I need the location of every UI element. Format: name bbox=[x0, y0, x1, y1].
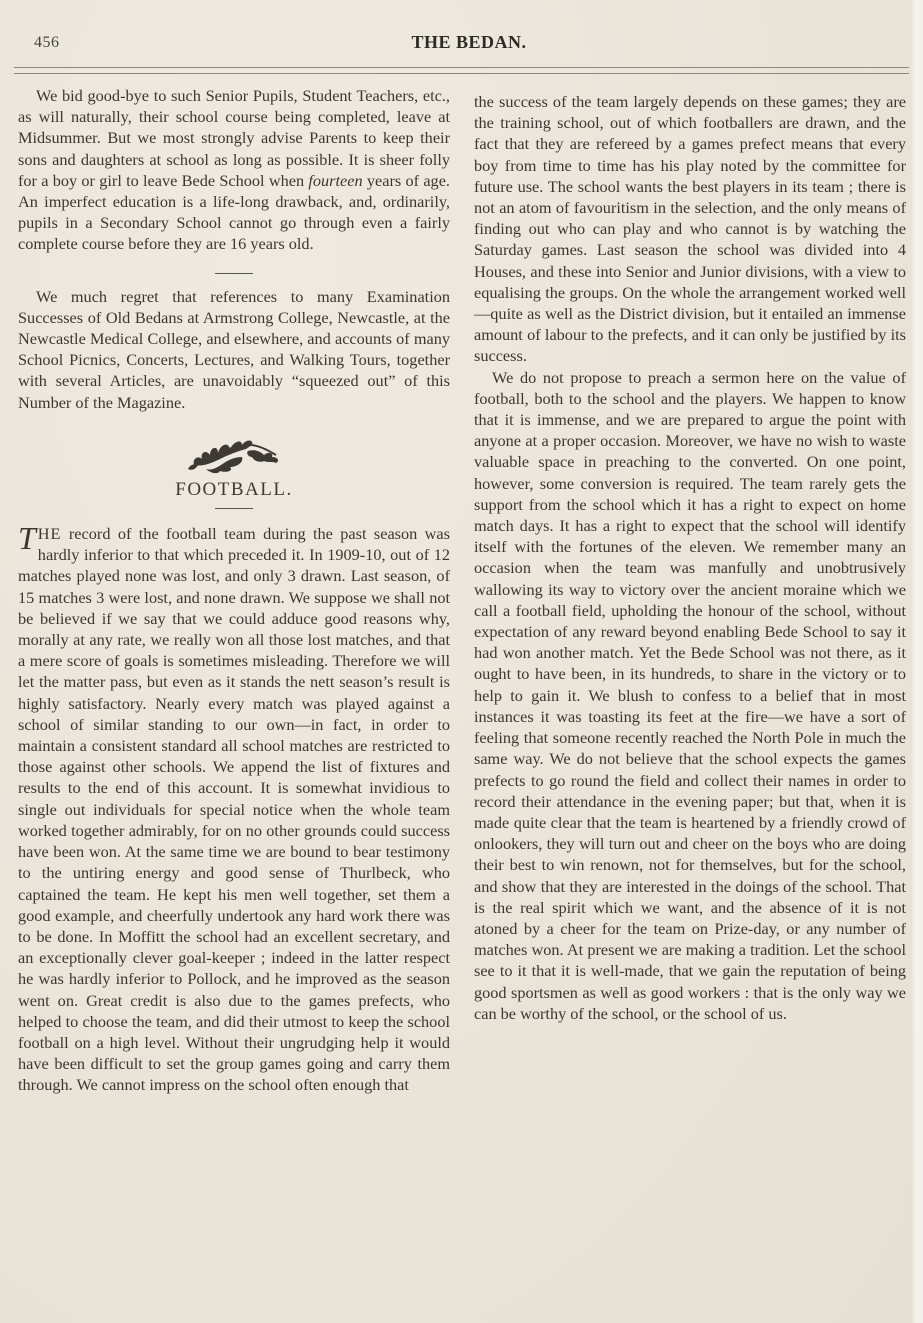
italic-fourteen: fourteen bbox=[308, 171, 362, 190]
notice-leaving-pupils: We bid good-bye to such Senior Pupils, S… bbox=[18, 85, 450, 255]
football-support-paragraph: We do not propose to preach a sermon her… bbox=[474, 367, 906, 1024]
page-edge-shadow bbox=[911, 0, 923, 1323]
acanthus-leaf-ornament-icon bbox=[184, 433, 284, 475]
football-report-paragraph: THE record of the football team during t… bbox=[18, 523, 450, 1095]
drop-cap-t: T bbox=[18, 523, 36, 553]
header-double-rule bbox=[14, 67, 909, 74]
title-underline bbox=[215, 508, 253, 509]
section-divider bbox=[215, 273, 253, 274]
section-title-football: FOOTBALL. bbox=[18, 479, 450, 500]
page-header: 456 THE BEDAN. bbox=[34, 28, 904, 58]
left-column: We bid good-bye to such Senior Pupils, S… bbox=[18, 85, 450, 1096]
running-title: THE BEDAN. bbox=[34, 32, 904, 53]
notice-squeezed-out: We much regret that references to many E… bbox=[18, 286, 450, 413]
right-column: the success of the team largely depends … bbox=[474, 91, 906, 1024]
football-continued-paragraph: the success of the team largely depends … bbox=[474, 91, 906, 367]
